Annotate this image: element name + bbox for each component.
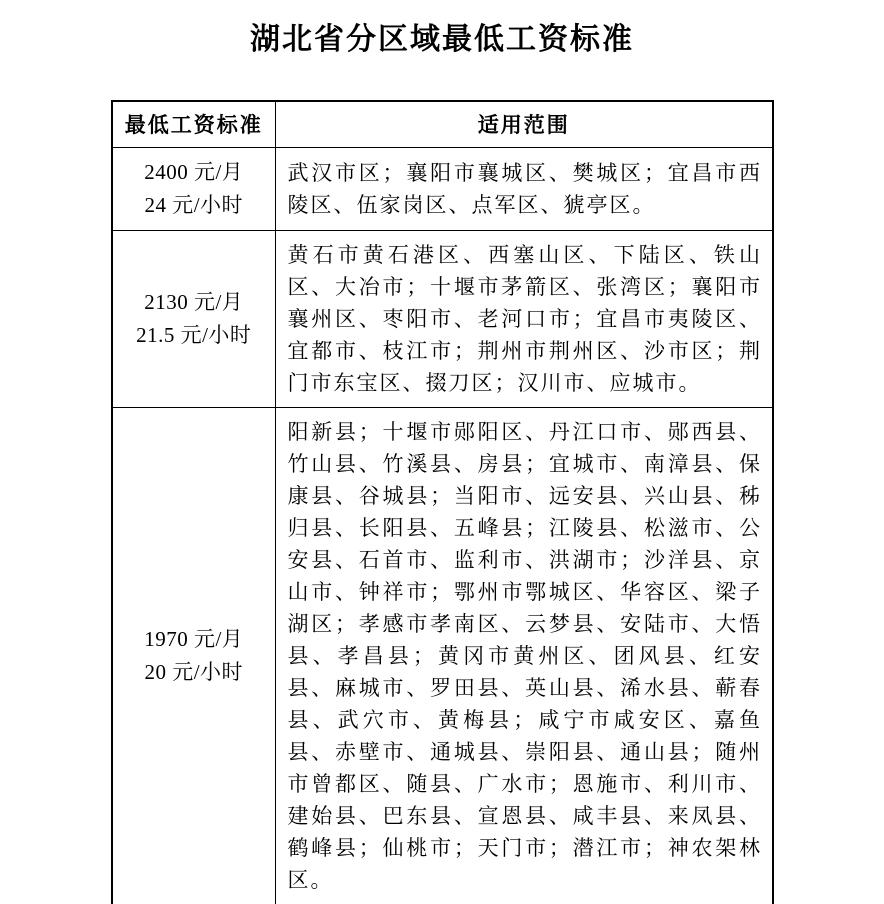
- table-row: 2400 元/月 24 元/小时 武汉市区；襄阳市襄城区、樊城区；宜昌市西陵区、…: [112, 147, 773, 230]
- page-title: 湖北省分区域最低工资标准: [0, 0, 884, 58]
- hourly-wage: 21.5 元/小时: [117, 319, 271, 352]
- hourly-wage: 24 元/小时: [117, 189, 271, 222]
- document-page: 湖北省分区域最低工资标准 最低工资标准 适用范围 2400 元/月 24 元/小…: [0, 0, 884, 904]
- monthly-wage: 1970 元/月: [117, 623, 271, 656]
- applicable-scope-cell: 武汉市区；襄阳市襄城区、樊城区；宜昌市西陵区、伍家岗区、点军区、猇亭区。: [275, 147, 773, 230]
- header-applicable-scope: 适用范围: [275, 101, 773, 147]
- table-row: 1970 元/月 20 元/小时 阳新县；十堰市郧阳区、丹江口市、郧西县、竹山县…: [112, 407, 773, 904]
- applicable-scope-cell: 黄石市黄石港区、西塞山区、下陆区、铁山区、大冶市；十堰市茅箭区、张湾区；襄阳市襄…: [275, 230, 773, 407]
- table-header-row: 最低工资标准 适用范围: [112, 101, 773, 147]
- table-row: 2130 元/月 21.5 元/小时 黄石市黄石港区、西塞山区、下陆区、铁山区、…: [112, 230, 773, 407]
- applicable-scope-cell: 阳新县；十堰市郧阳区、丹江口市、郧西县、竹山县、竹溪县、房县；宜城市、南漳县、保…: [275, 407, 773, 904]
- header-wage-standard: 最低工资标准: [112, 101, 275, 147]
- wage-table: 最低工资标准 适用范围 2400 元/月 24 元/小时 武汉市区；襄阳市襄城区…: [111, 100, 774, 904]
- monthly-wage: 2400 元/月: [117, 156, 271, 189]
- monthly-wage: 2130 元/月: [117, 286, 271, 319]
- wage-standard-cell: 1970 元/月 20 元/小时: [112, 407, 275, 904]
- hourly-wage: 20 元/小时: [117, 656, 271, 689]
- wage-standard-cell: 2130 元/月 21.5 元/小时: [112, 230, 275, 407]
- wage-standard-cell: 2400 元/月 24 元/小时: [112, 147, 275, 230]
